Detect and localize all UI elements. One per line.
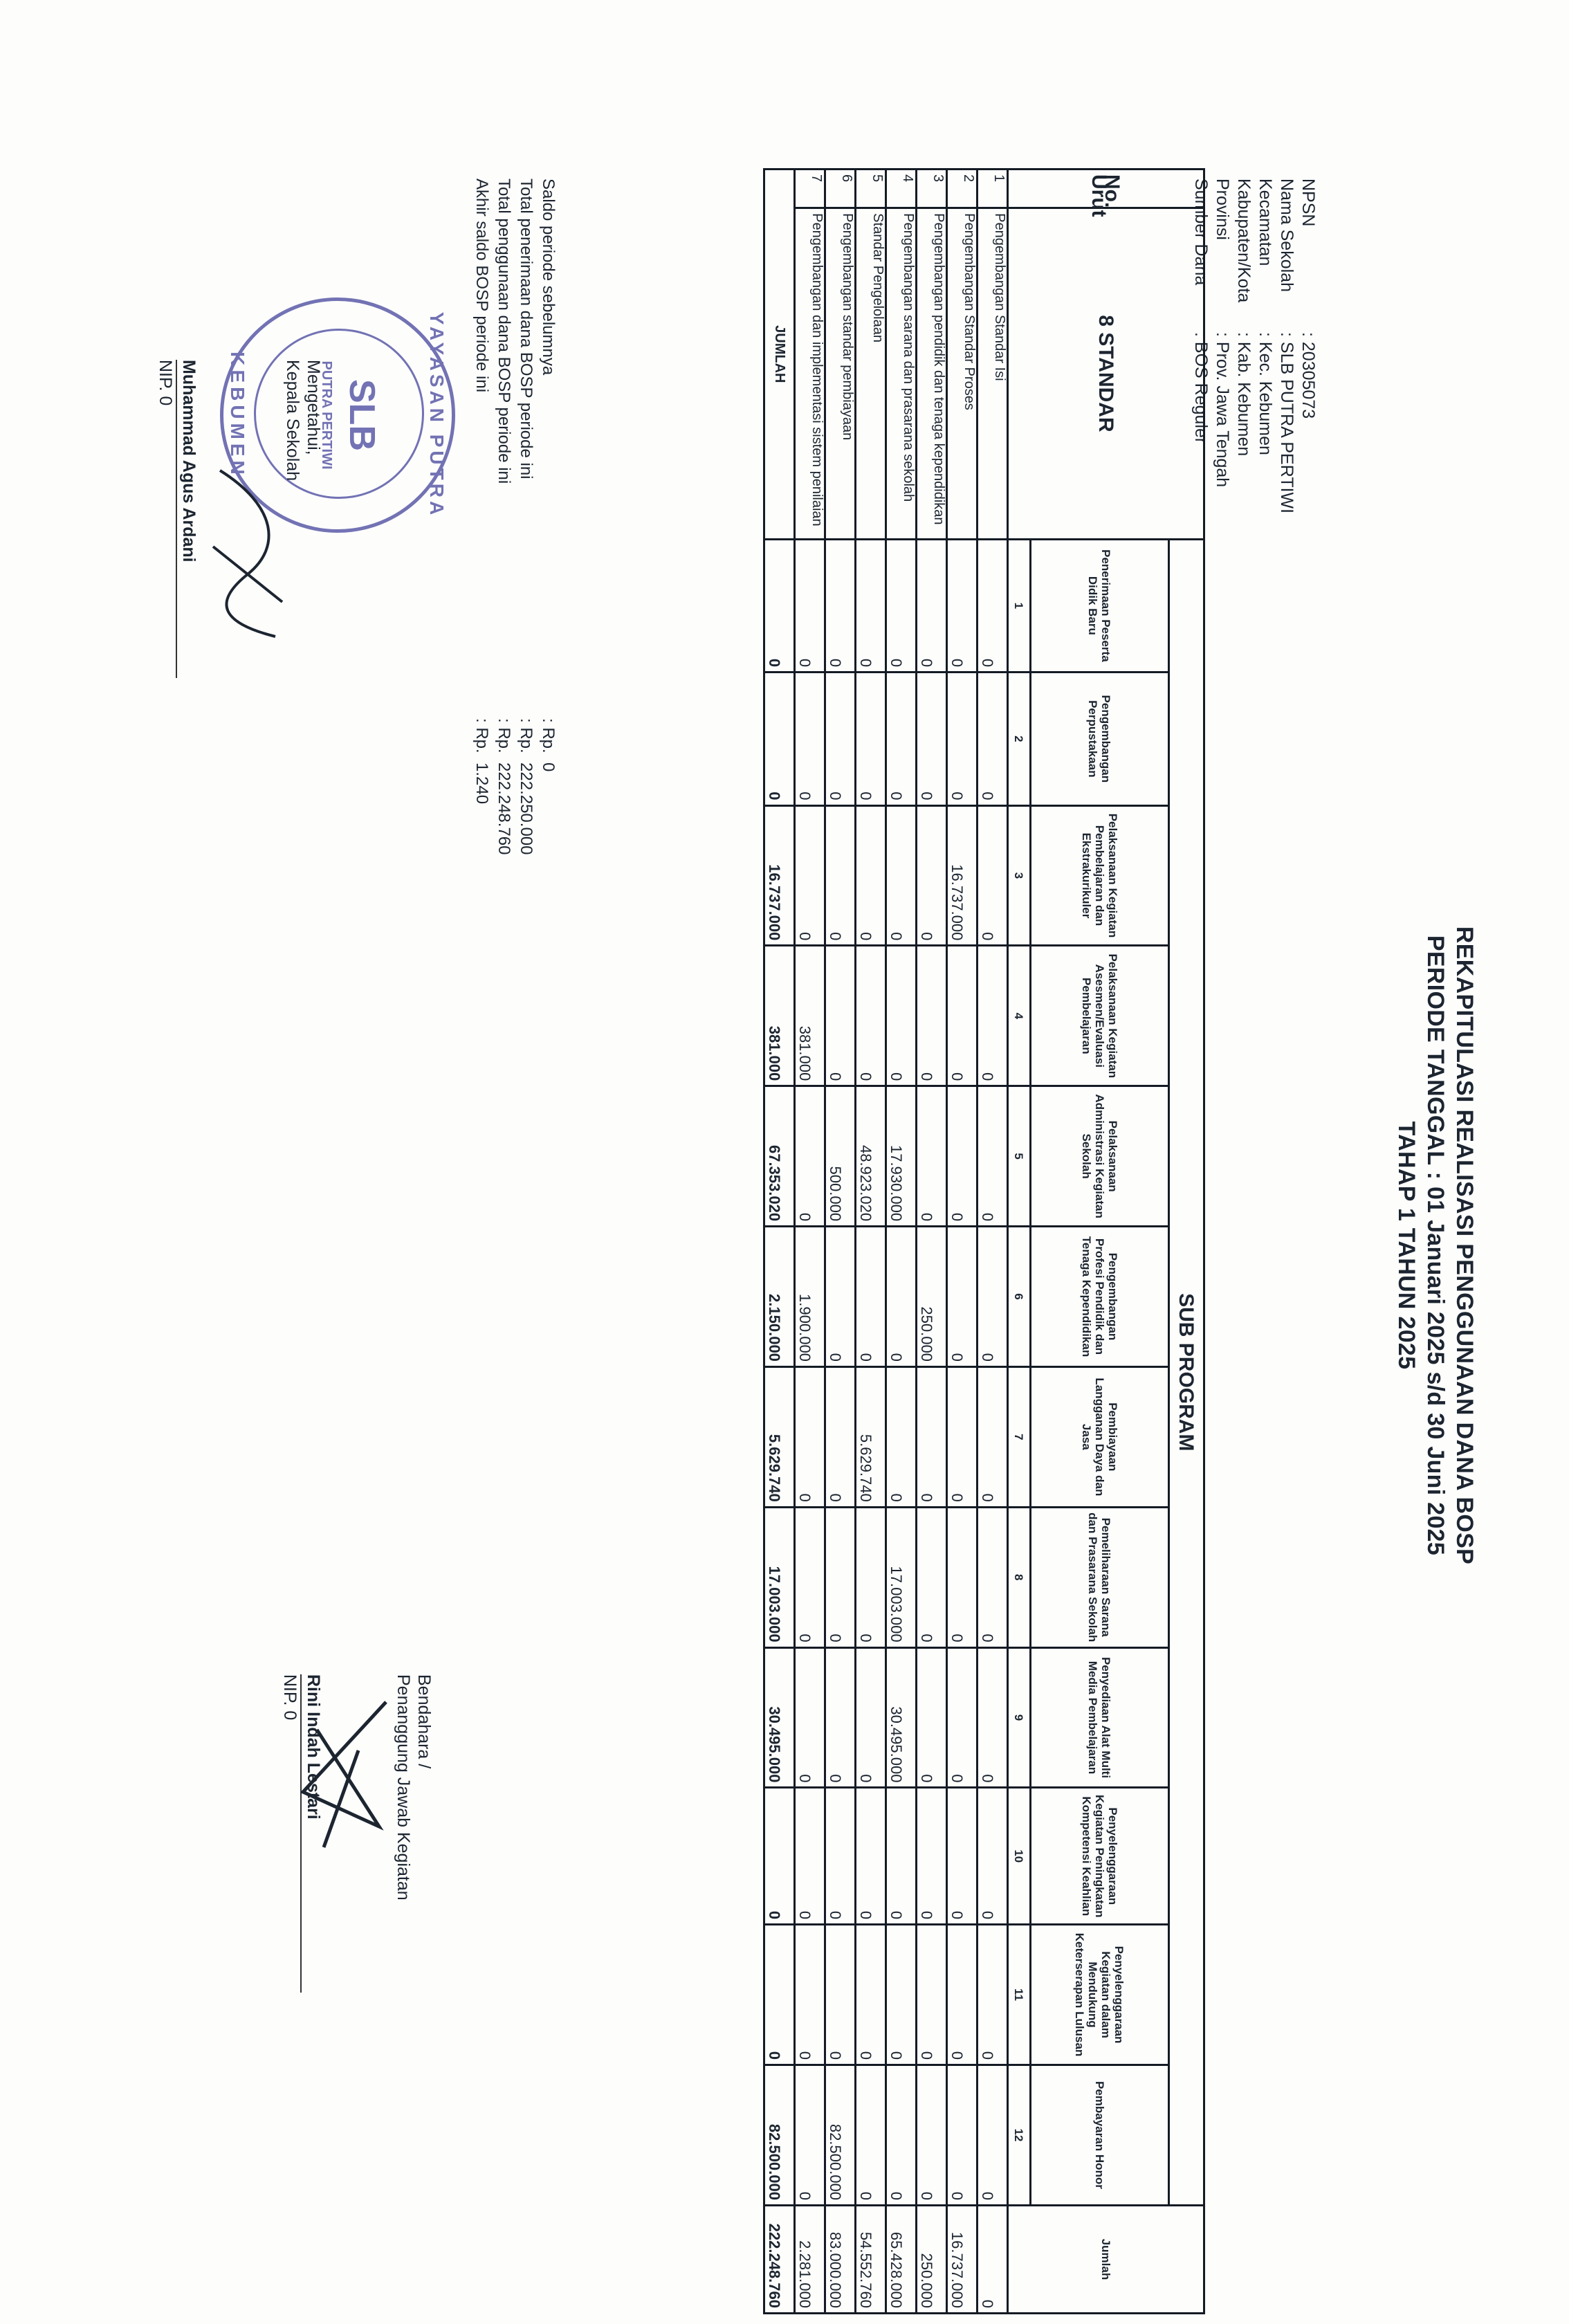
header-row: No. Urut8 STANDARSUB PROGRAMJumlah — [1169, 170, 1204, 2314]
sub-column-header: Pembiayaan Langganan Daya dan Jasa — [1031, 1366, 1169, 1507]
info-value: : 20305073 — [1297, 332, 1319, 419]
cell-value: 0 — [856, 946, 886, 1086]
total-value: 17.003.000 — [764, 1507, 795, 1647]
balance-summary: Saldo periode sebelumnya: Rp. 0Total pen… — [470, 179, 559, 854]
stamp-top-text: YAYASAN PUTRA — [425, 301, 448, 529]
cell-value: 0 — [825, 539, 856, 672]
row-total: 83.000.000 — [825, 2205, 856, 2313]
cell-value: 0 — [825, 1925, 856, 2065]
document-page: REKAPITULASI REALISASI PENGGUNAAN DANA B… — [0, 0, 1569, 2324]
summary-row: Akhir saldo BOSP periode ini: Rp. 1.240 — [470, 179, 493, 854]
cell-value: 0 — [978, 1507, 1008, 1647]
cell-value: 500.000 — [825, 1086, 856, 1227]
total-value: 0 — [764, 539, 795, 672]
column-number: 6 — [1008, 1227, 1031, 1367]
total-value: 0 — [764, 673, 795, 805]
row-number: 2 — [947, 170, 978, 208]
total-value: 30.495.000 — [764, 1647, 795, 1788]
cell-value: 0 — [825, 673, 856, 805]
column-number: 2 — [1008, 673, 1031, 805]
sub-program-header: SUB PROGRAM — [1169, 539, 1204, 2205]
cell-value: 0 — [978, 1227, 1008, 1367]
title-line-1: REKAPITULASI REALISASI PENGGUNAAN DANA B… — [1450, 899, 1479, 1591]
treasurer-signature-block: Bendahara / Penanggung Jawab Kegiatan Ri… — [279, 1674, 434, 2006]
cell-value: 0 — [825, 1507, 856, 1647]
col-standard-header: 8 STANDAR — [1008, 208, 1204, 540]
info-value: : Prov. Jawa Tengah — [1211, 332, 1233, 487]
stamp-center-text: SLB — [341, 301, 383, 529]
cell-value: 17.003.000 — [886, 1507, 917, 1647]
cell-value: 0 — [825, 946, 856, 1086]
title-line-3: TAHAP 1 TAHUN 2025 — [1392, 899, 1421, 1591]
col-jumlah-header: Jumlah — [1008, 2205, 1204, 2313]
table-row: 5Standar Pengelolaan000048.923.02005.629… — [856, 170, 886, 2314]
total-row: JUMLAH0016.737.000381.00067.353.0202.150… — [764, 170, 795, 2314]
cell-value: 0 — [886, 1366, 917, 1507]
recap-table: No. Urut8 STANDARSUB PROGRAMJumlahPeneri… — [763, 168, 1205, 2314]
cell-value: 82.500.000 — [825, 2065, 856, 2205]
column-number: 9 — [1008, 1647, 1031, 1788]
cell-value: 0 — [978, 2065, 1008, 2205]
column-number: 3 — [1008, 805, 1031, 946]
cell-value: 0 — [917, 1925, 947, 2065]
standard-name: Pengembangan sarana dan prasarana sekola… — [886, 208, 917, 540]
column-number: 5 — [1008, 1086, 1031, 1227]
sub-column-header: Penyelenggaraan Kegiatan Peningkatan Kom… — [1031, 1788, 1169, 1925]
cell-value: 0 — [795, 673, 825, 805]
column-number: 4 — [1008, 946, 1031, 1086]
summary-value: : Rp. 1.240 — [470, 718, 493, 804]
cell-value: 0 — [795, 1788, 825, 1925]
col-no-header: No. Urut — [1008, 170, 1204, 208]
principal-signature-icon — [206, 464, 289, 643]
sub-column-header: Pelaksanaan Administrasi Kegiatan Sekola… — [1031, 1086, 1169, 1227]
summary-row: Saldo periode sebelumnya: Rp. 0 — [537, 179, 559, 854]
info-label: Nama Sekolah — [1276, 179, 1297, 332]
cell-value: 0 — [978, 539, 1008, 672]
column-number: 11 — [1008, 1925, 1031, 2065]
row-number: 7 — [795, 170, 825, 208]
info-row: Nama Sekolah: SLB PUTRA PERTIWI — [1276, 179, 1297, 513]
standard-name: Pengembangan standar pembiayaan — [825, 208, 856, 540]
cell-value: 0 — [856, 2065, 886, 2205]
cell-value: 0 — [947, 673, 978, 805]
cell-value: 0 — [917, 673, 947, 805]
total-value: 2.150.000 — [764, 1227, 795, 1367]
summary-value: : Rp. 0 — [537, 718, 559, 771]
cell-value: 0 — [947, 2065, 978, 2205]
cell-value: 0 — [795, 539, 825, 672]
cell-value: 0 — [917, 1507, 947, 1647]
row-total: 0 — [978, 2205, 1008, 2313]
standard-name: Standar Pengelolaan — [856, 208, 886, 540]
cell-value: 0 — [917, 805, 947, 946]
cell-value: 0 — [947, 1925, 978, 2065]
info-label: Provinsi — [1211, 179, 1233, 332]
row-number: 4 — [886, 170, 917, 208]
table-row: 2Pengembangan Standar Proses0016.737.000… — [947, 170, 978, 2314]
cell-value: 0 — [978, 1086, 1008, 1227]
cell-value: 0 — [978, 1647, 1008, 1788]
sub-column-header: Pelaksanaan Kegiatan Asesmen/Evaluasi Pe… — [1031, 946, 1169, 1086]
cell-value: 0 — [947, 539, 978, 672]
summary-label: Total penerimaan dana BOSP periode ini — [515, 179, 537, 718]
row-total: 16.737.000 — [947, 2205, 978, 2313]
principal-name: Muhammad Agus Ardani — [178, 360, 199, 678]
info-label: NPSN — [1297, 179, 1319, 332]
sub-column-header: Penyediaan Alat Multi Media Pembelajaran — [1031, 1647, 1169, 1788]
cell-value: 0 — [856, 673, 886, 805]
sub-column-header: Pengembangan Perpustakaan — [1031, 673, 1169, 805]
sub-column-header: Penerimaan Peserta Didik Baru — [1031, 539, 1169, 672]
summary-row: Total penggunaan dana BOSP periode ini: … — [493, 179, 515, 854]
summary-value: : Rp. 222.250.000 — [515, 718, 537, 854]
signature-caption: Mengetahui, — [303, 360, 324, 678]
summary-value: : Rp. 222.248.760 — [493, 718, 515, 854]
info-label: Kecamatan — [1254, 179, 1276, 332]
info-value: : SLB PUTRA PERTIWI — [1276, 332, 1297, 513]
sub-column-header: Pelaksanaan Kegiatan Pembelajaran dan Ek… — [1031, 805, 1169, 946]
cell-value: 0 — [795, 805, 825, 946]
cell-value: 0 — [795, 1507, 825, 1647]
cell-value: 0 — [825, 1788, 856, 1925]
summary-label: Akhir saldo BOSP periode ini — [470, 179, 493, 718]
cell-value: 0 — [947, 946, 978, 1086]
column-number: 12 — [1008, 2065, 1031, 2205]
row-number: 5 — [856, 170, 886, 208]
info-value: : Kec. Kebumen — [1254, 332, 1276, 455]
row-number: 3 — [917, 170, 947, 208]
table-row: 1Pengembangan Standar Isi0000000000000 — [978, 170, 1008, 2314]
cell-value: 0 — [825, 1366, 856, 1507]
cell-value: 0 — [947, 1788, 978, 1925]
cell-value: 0 — [886, 1227, 917, 1367]
cell-value: 0 — [917, 946, 947, 1086]
standard-name: Pengembangan Standar Isi — [978, 208, 1008, 540]
cell-value: 0 — [886, 673, 917, 805]
info-label: Kabupaten/Kota — [1233, 179, 1254, 332]
cell-value: 0 — [917, 1647, 947, 1788]
cell-value: 0 — [795, 1925, 825, 2065]
cell-value: 0 — [856, 1227, 886, 1367]
row-number: 6 — [825, 170, 856, 208]
total-value: 82.500.000 — [764, 2065, 795, 2205]
cell-value: 1.900.000 — [795, 1227, 825, 1367]
cell-value: 0 — [978, 946, 1008, 1086]
table-row: 4Pengembangan sarana dan prasarana sekol… — [886, 170, 917, 2314]
total-value: 5.629.740 — [764, 1366, 795, 1507]
cell-value: 0 — [947, 1227, 978, 1367]
total-value: 0 — [764, 1925, 795, 2065]
cell-value: 0 — [825, 1227, 856, 1367]
cell-value: 0 — [886, 946, 917, 1086]
cell-value: 0 — [856, 1647, 886, 1788]
total-label: JUMLAH — [764, 170, 795, 540]
info-row: Kecamatan: Kec. Kebumen — [1254, 179, 1276, 513]
sub-column-header: Pembayaran Honor — [1031, 2065, 1169, 2205]
cell-value: 5.629.740 — [856, 1366, 886, 1507]
cell-value: 0 — [886, 2065, 917, 2205]
grand-total: 222.248.760 — [764, 2205, 795, 2313]
total-value: 16.737.000 — [764, 805, 795, 946]
cell-value: 0 — [917, 1086, 947, 1227]
cell-value: 0 — [886, 539, 917, 672]
sub-column-header: Pemeliharaan Sarana dan Prasarana Sekola… — [1031, 1507, 1169, 1647]
cell-value: 0 — [917, 539, 947, 672]
cell-value: 48.923.020 — [856, 1086, 886, 1227]
cell-value: 30.495.000 — [886, 1647, 917, 1788]
standard-name: Pengembangan Standar Proses — [947, 208, 978, 540]
sub-column-header: Pengembangan Profesi Pendidik dan Tenaga… — [1031, 1227, 1169, 1367]
treasurer-signature-icon — [296, 1688, 400, 1854]
cell-value: 0 — [978, 805, 1008, 946]
title-line-2: PERIODE TANGGAL : 01 Januari 2025 s/d 30… — [1421, 899, 1450, 1591]
cell-value: 0 — [795, 1086, 825, 1227]
row-total: 250.000 — [917, 2205, 947, 2313]
column-number: 10 — [1008, 1788, 1031, 1925]
cell-value: 0 — [947, 1647, 978, 1788]
info-row: NPSN: 20305073 — [1297, 179, 1319, 513]
treasurer-role-line-1: Bendahara / — [414, 1674, 434, 2006]
cell-value: 0 — [978, 1925, 1008, 2065]
total-value: 67.353.020 — [764, 1086, 795, 1227]
cell-value: 0 — [856, 1925, 886, 2065]
cell-value: 0 — [978, 673, 1008, 805]
cell-value: 0 — [917, 1366, 947, 1507]
total-value: 0 — [764, 1788, 795, 1925]
principal-nip: NIP. 0 — [155, 360, 176, 678]
row-number: 1 — [978, 170, 1008, 208]
cell-value: 0 — [856, 1788, 886, 1925]
cell-value: 16.737.000 — [947, 805, 978, 946]
school-info: NPSN: 20305073Nama Sekolah: SLB PUTRA PE… — [1190, 179, 1319, 513]
cell-value: 250.000 — [917, 1227, 947, 1367]
cell-value: 0 — [886, 1925, 917, 2065]
cell-value: 0 — [856, 805, 886, 946]
cell-value: 0 — [825, 1647, 856, 1788]
cell-value: 0 — [795, 1647, 825, 1788]
row-total: 2.281.000 — [795, 2205, 825, 2313]
total-value: 381.000 — [764, 946, 795, 1086]
cell-value: 0 — [917, 1788, 947, 1925]
cell-value: 0 — [947, 1366, 978, 1507]
table-row: 6Pengembangan standar pembiayaan0000500.… — [825, 170, 856, 2314]
cell-value: 0 — [856, 539, 886, 672]
cell-value: 17.930.000 — [886, 1086, 917, 1227]
standard-name: Pengembangan dan implementasi sistem pen… — [795, 208, 825, 540]
principal-signature-block: Mengetahui, Kepala Sekolah Muhammad Agus… — [155, 360, 324, 678]
info-row: Provinsi: Prov. Jawa Tengah — [1211, 179, 1233, 513]
cell-value: 381.000 — [795, 946, 825, 1086]
sub-column-header: Penyelenggaraan Kegiatan dalam Mendukung… — [1031, 1925, 1169, 2065]
standard-name: Pengembangan pendidik dan tenaga kependi… — [917, 208, 947, 540]
summary-label: Total penggunaan dana BOSP periode ini — [493, 179, 515, 718]
row-total: 54.552.760 — [856, 2205, 886, 2313]
cell-value: 0 — [947, 1086, 978, 1227]
column-number: 7 — [1008, 1366, 1031, 1507]
cell-value: 0 — [947, 1507, 978, 1647]
cell-value: 0 — [886, 1788, 917, 1925]
info-row: Kabupaten/Kota: Kab. Kebumen — [1233, 179, 1254, 513]
info-value: : Kab. Kebumen — [1233, 332, 1254, 456]
column-number: 1 — [1008, 539, 1031, 672]
cell-value: 0 — [978, 1366, 1008, 1507]
cell-value: 0 — [795, 1366, 825, 1507]
document-title: REKAPITULASI REALISASI PENGGUNAAN DANA B… — [1392, 899, 1479, 1591]
cell-value: 0 — [917, 2065, 947, 2205]
cell-value: 0 — [795, 2065, 825, 2205]
table-row: 7Pengembangan dan implementasi sistem pe… — [795, 170, 825, 2314]
cell-value: 0 — [856, 1507, 886, 1647]
column-number: 8 — [1008, 1507, 1031, 1647]
principal-sign-line — [176, 360, 177, 678]
summary-label: Saldo periode sebelumnya — [537, 179, 559, 718]
cell-value: 0 — [978, 1788, 1008, 1925]
table-row: 3Pengembangan pendidik dan tenaga kepend… — [917, 170, 947, 2314]
summary-row: Total penerimaan dana BOSP periode ini: … — [515, 179, 537, 854]
cell-value: 0 — [886, 805, 917, 946]
cell-value: 0 — [825, 805, 856, 946]
row-total: 65.428.000 — [886, 2205, 917, 2313]
